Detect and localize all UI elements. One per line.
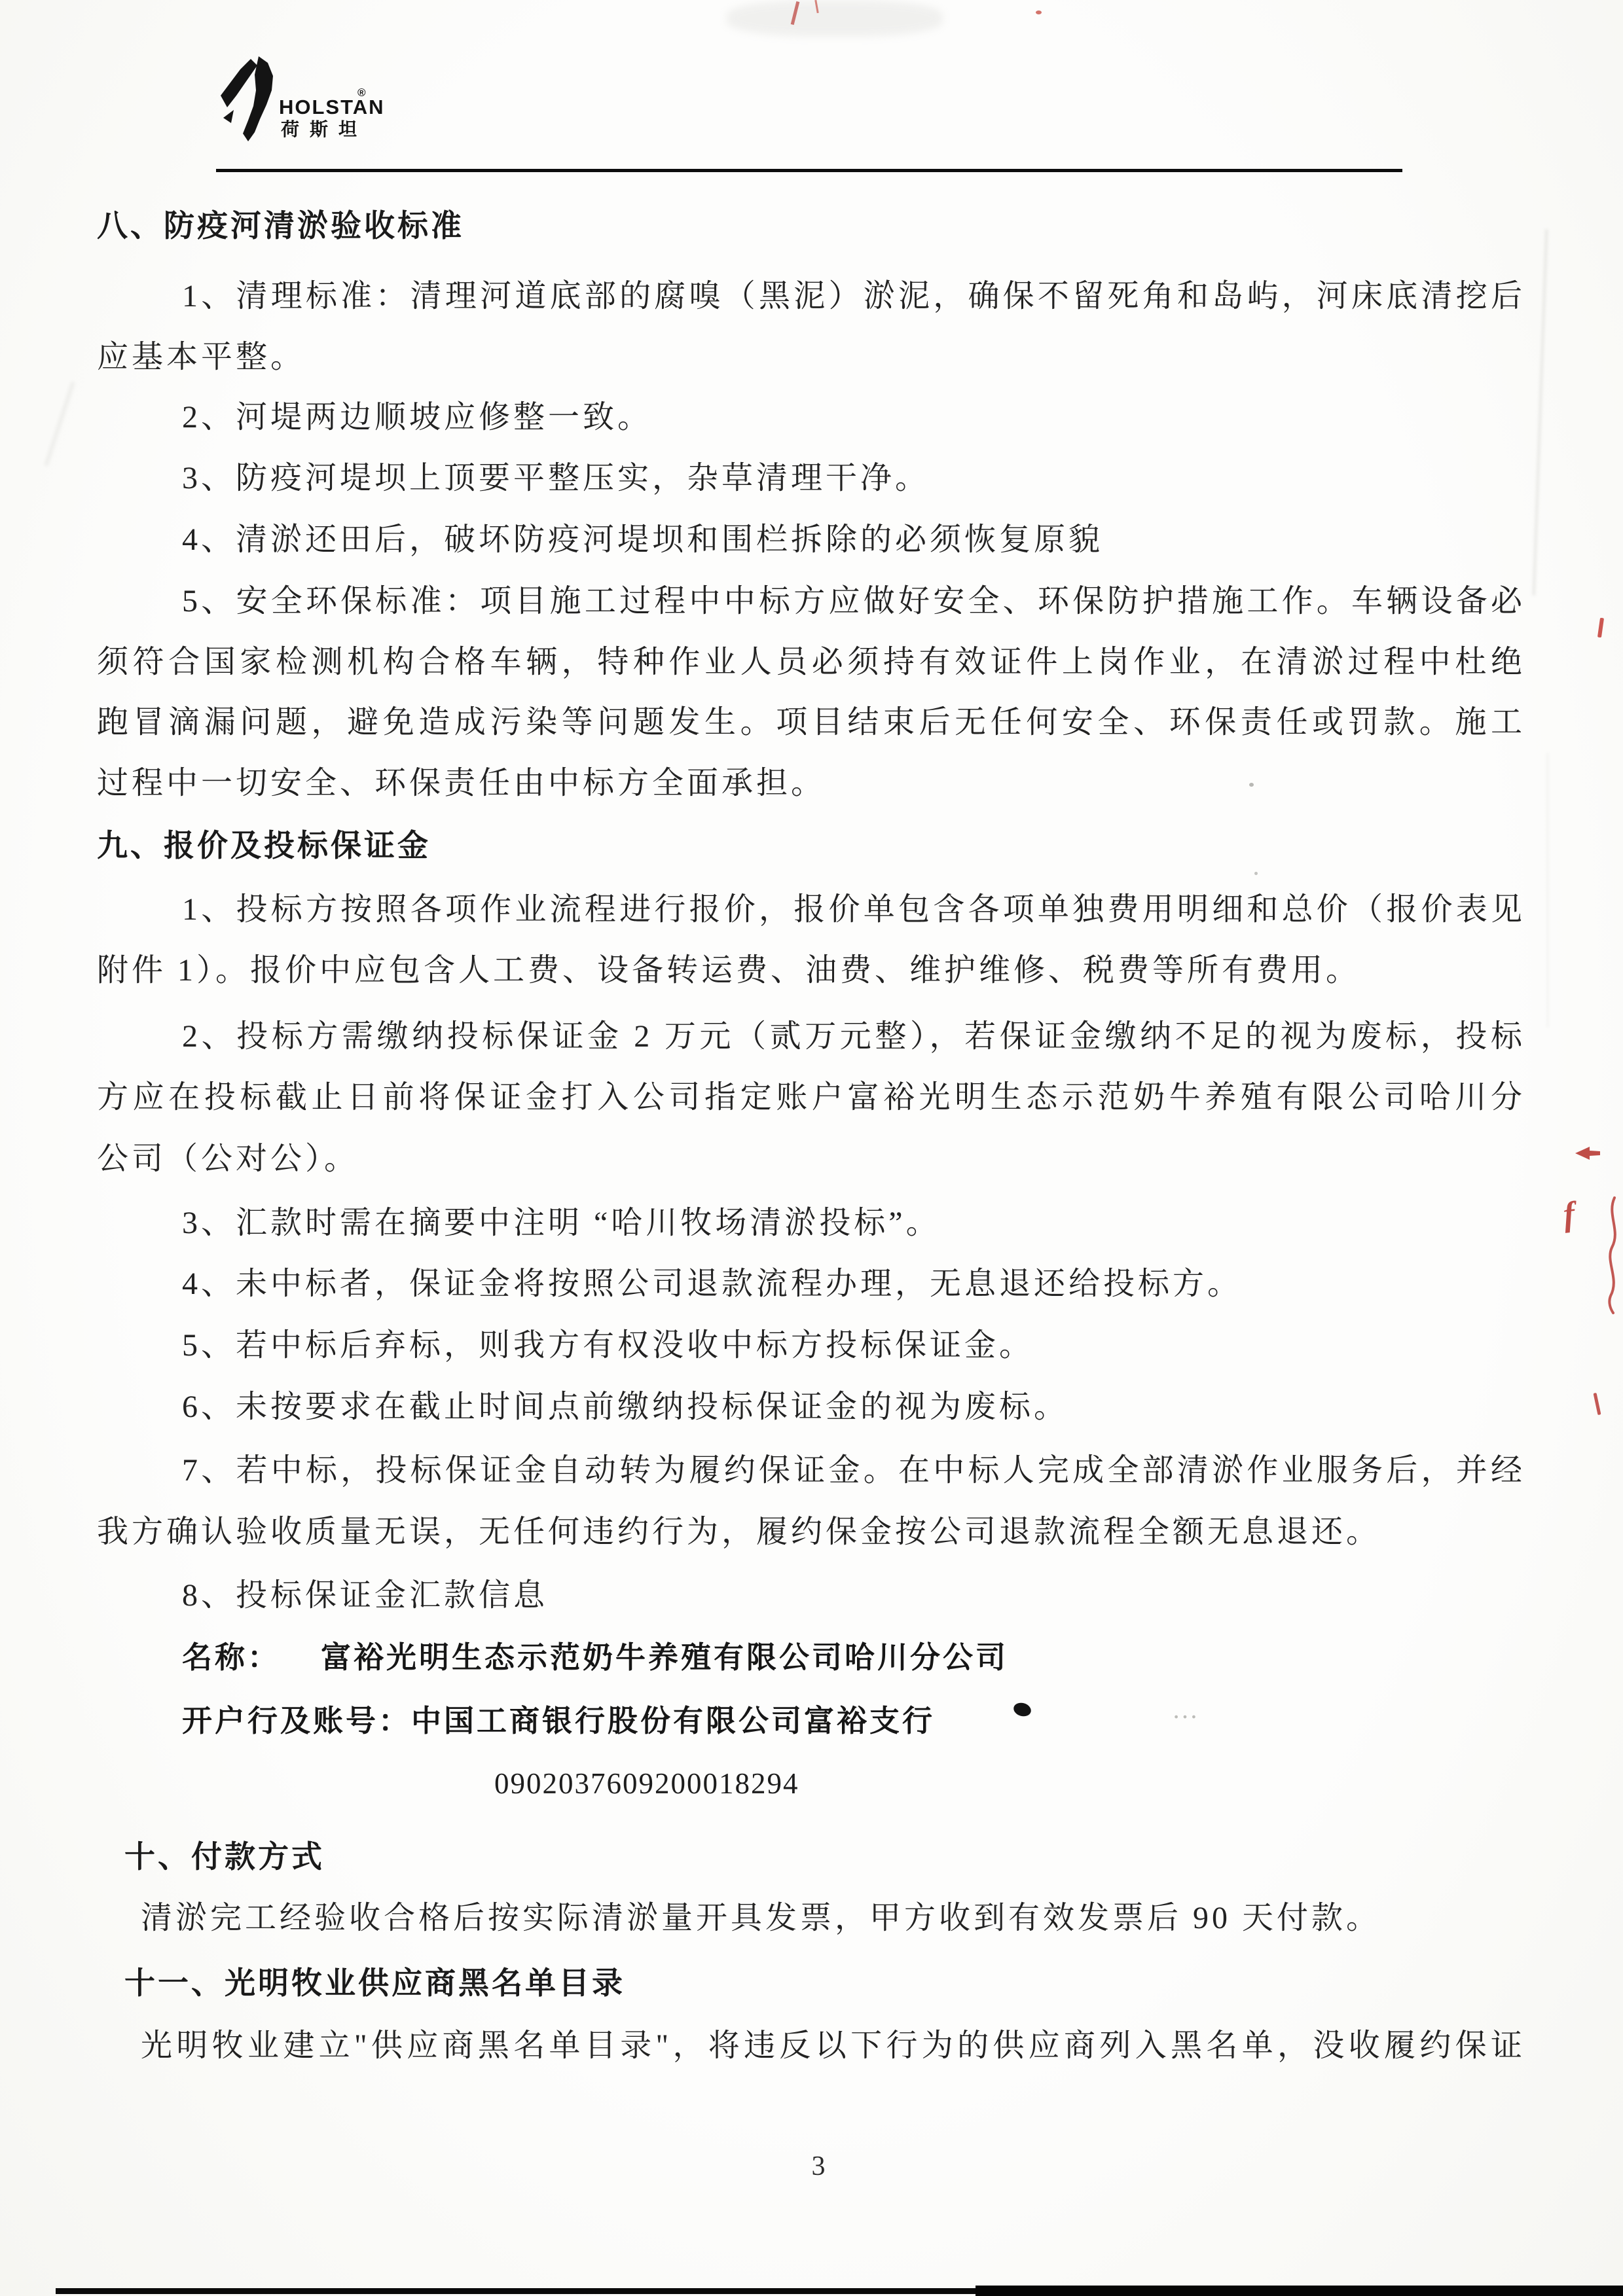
bank-account-number: 0902037609200018294 (494, 1767, 799, 1801)
clause-9-4: 4、未中标者，保证金将按照公司退款流程办理，无息退还给投标方。 (182, 1266, 1242, 1302)
clause-8-3: 3、防疫河堤坝上顶要平整压实，杂草清理干净。 (182, 460, 930, 496)
clause-8-5-line-1: 5、安全环保标准：项目施工过程中中标方应做好安全、环保防护措施工作。车辆设备必 (182, 583, 1525, 619)
red-pen-dot (1036, 10, 1042, 14)
clause-9-3: 3、汇款时需在摘要中注明 “哈川牧场清淤投标”。 (182, 1205, 941, 1241)
brand-name-cn: 荷斯坦 (281, 115, 367, 141)
red-pen-dash (1597, 618, 1604, 638)
red-arrow-icon (1575, 1145, 1601, 1161)
clause-8-2: 2、河堤两边顺坡应修整一致。 (182, 399, 652, 435)
scanned-document-page: { "logo": { "brand_en": "HOLSTAN", "reg_… (0, 0, 1623, 2296)
bank-name-line: 名称：富裕光明生态示范奶牛养殖有限公司哈川分公司 (182, 1640, 1008, 1675)
red-pen-tick (1594, 1393, 1601, 1415)
bank-account-label: 开户行及账号： (182, 1704, 411, 1738)
ink-dot (1012, 1701, 1032, 1719)
clause-9-5: 5、若中标后弃标，则我方有权没收中标方投标保证金。 (182, 1327, 1034, 1363)
header-rule (216, 169, 1402, 172)
page-number: 3 (792, 2151, 845, 2182)
scan-smudge-top (727, 0, 943, 37)
clause-9-8: 8、投标保证金汇款信息 (182, 1577, 548, 1613)
paper-speck (1249, 783, 1254, 787)
bank-account-line: 开户行及账号：中国工商银行股份有限公司富裕支行 (182, 1704, 935, 1738)
section-heading-9: 九、报价及投标保证金 (97, 828, 431, 863)
scan-smudge-dots: … (1172, 1694, 1201, 1725)
bank-name-label: 名称： (182, 1640, 280, 1674)
clause-9-2-line-2: 方应在投标截止日前将保证金打入公司指定账户富裕光明生态示范奶牛养殖有限公司哈川分 (97, 1079, 1525, 1115)
section-heading-10: 十、付款方式 (124, 1839, 325, 1874)
clause-11-1: 光明牧业建立"供应商黑名单目录"，将违反以下行为的供应商列入黑名单，没收履约保证 (141, 2028, 1525, 2064)
clause-8-5-line-2: 须符合国家检测机构合格车辆，特种作业人员必须持有效证件上岗作业，在清淤过程中杜绝 (97, 644, 1525, 680)
clause-9-7-line-2: 我方确认验收质量无误，无任何违约行为，履约保金按公司退款流程全额无息退还。 (97, 1514, 1381, 1550)
paper-speck (1254, 872, 1258, 875)
section-heading-11: 十一、光明牧业供应商黑名单目录 (124, 1965, 625, 2001)
registered-mark-icon: ® (357, 86, 366, 99)
paper-background: HOLSTAN ® 荷斯坦 八、防疫河清淤验收标准 1、清理标准：清理河道底部的… (0, 0, 1623, 2296)
bank-name-value: 富裕光明生态示范奶牛养殖有限公司哈川分公司 (321, 1640, 1008, 1674)
clause-9-6: 6、未按要求在截止时间点前缴纳投标保证金的视为废标。 (182, 1389, 1068, 1425)
clause-8-5-line-3: 跑冒滴漏问题，避免造成污染等问题发生。项目结束后无任何安全、环保责任或罚款。施工 (97, 704, 1525, 740)
clause-9-1-line-1: 1、投标方按照各项作业流程进行报价，报价单包含各项单独费用明细和总价（报价表见 (182, 891, 1525, 927)
scan-streak (44, 381, 75, 466)
scan-edge-bar (976, 2286, 1623, 2296)
scan-streak (1532, 229, 1548, 596)
section-heading-8: 八、防疫河清淤验收标准 (97, 208, 464, 243)
clause-8-5-line-4: 过程中一切安全、环保责任由中标方全面承担。 (97, 765, 826, 801)
clause-9-1-line-2: 附件 1）。报价中应包含人工费、设备转运费、油费、维护维修、税费等所有费用。 (97, 952, 1360, 988)
holstan-logo: HOLSTAN ® 荷斯坦 (216, 52, 432, 151)
red-check-mark: f (1561, 1194, 1577, 1234)
clause-10-1: 清淤完工经验收合格后按实际清淤量开具发票，甲方收到有效发票后 90 天付款。 (141, 1900, 1381, 1936)
clause-8-1-line-2: 应基本平整。 (97, 339, 305, 375)
red-squiggle-icon (1604, 1196, 1623, 1314)
clause-9-7-line-1: 7、若中标，投标保证金自动转为履约保证金。在中标人完成全部清淤作业服务后，并经 (182, 1452, 1525, 1488)
bank-account-value: 中国工商银行股份有限公司富裕支行 (411, 1704, 935, 1738)
clause-8-1-line-1: 1、清理标准：清理河道底部的腐嗅（黑泥）淤泥，确保不留死角和岛屿，河床底清挖后 (182, 278, 1525, 314)
clause-9-2-line-3: 公司（公对公）。 (97, 1141, 359, 1177)
scan-streak (1546, 753, 1549, 1028)
clause-8-4: 4、清淤还田后，破坏防疫河堤坝和围栏拆除的必须恢复原貌 (182, 522, 1103, 558)
clause-9-2-line-1: 2、投标方需缴纳投标保证金 2 万元（贰万元整），若保证金缴纳不足的视为废标，投… (182, 1018, 1525, 1054)
